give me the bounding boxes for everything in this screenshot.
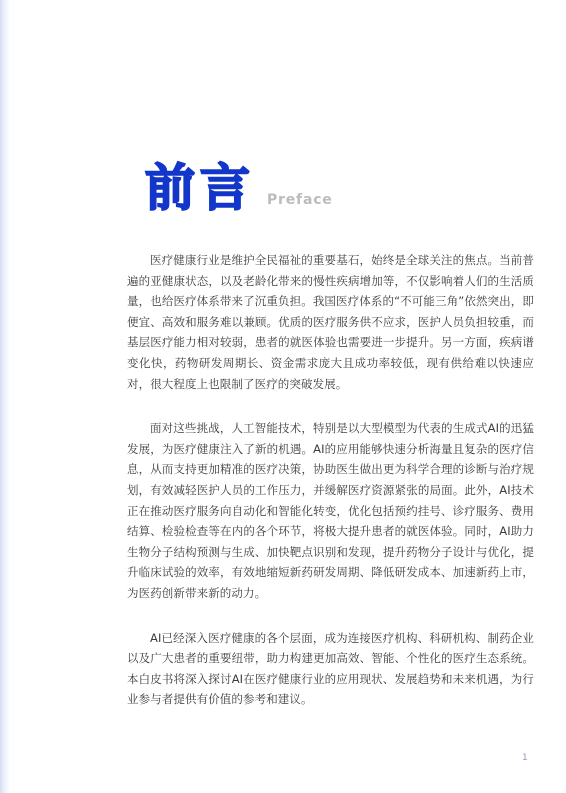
preface-header: 前言 Preface bbox=[145, 163, 333, 213]
paragraph-1: 医疗健康行业是维护全民福祉的重要基石，始终是全球关注的焦点。当前普遍的亚健康状态… bbox=[127, 250, 534, 394]
document-page: 前言 Preface 医疗健康行业是维护全民福祉的重要基石，始终是全球关注的焦点… bbox=[0, 0, 566, 793]
paragraph-2: 面对这些挑战，人工智能技术，特别是以大型模型为代表的生成式AI的迅猛发展，为医疗… bbox=[127, 418, 534, 603]
page-number: 1 bbox=[522, 753, 528, 763]
page-scan-edge bbox=[0, 0, 10, 793]
paragraph-3: AI已经深入医疗健康的各个层面，成为连接医疗机构、科研机构、制药企业以及广大患者… bbox=[127, 628, 534, 710]
page-subtitle: Preface bbox=[267, 192, 333, 213]
page-title: 前言 bbox=[145, 163, 255, 213]
preface-body: 医疗健康行业是维护全民福祉的重要基石，始终是全球关注的焦点。当前普遍的亚健康状态… bbox=[127, 250, 534, 734]
